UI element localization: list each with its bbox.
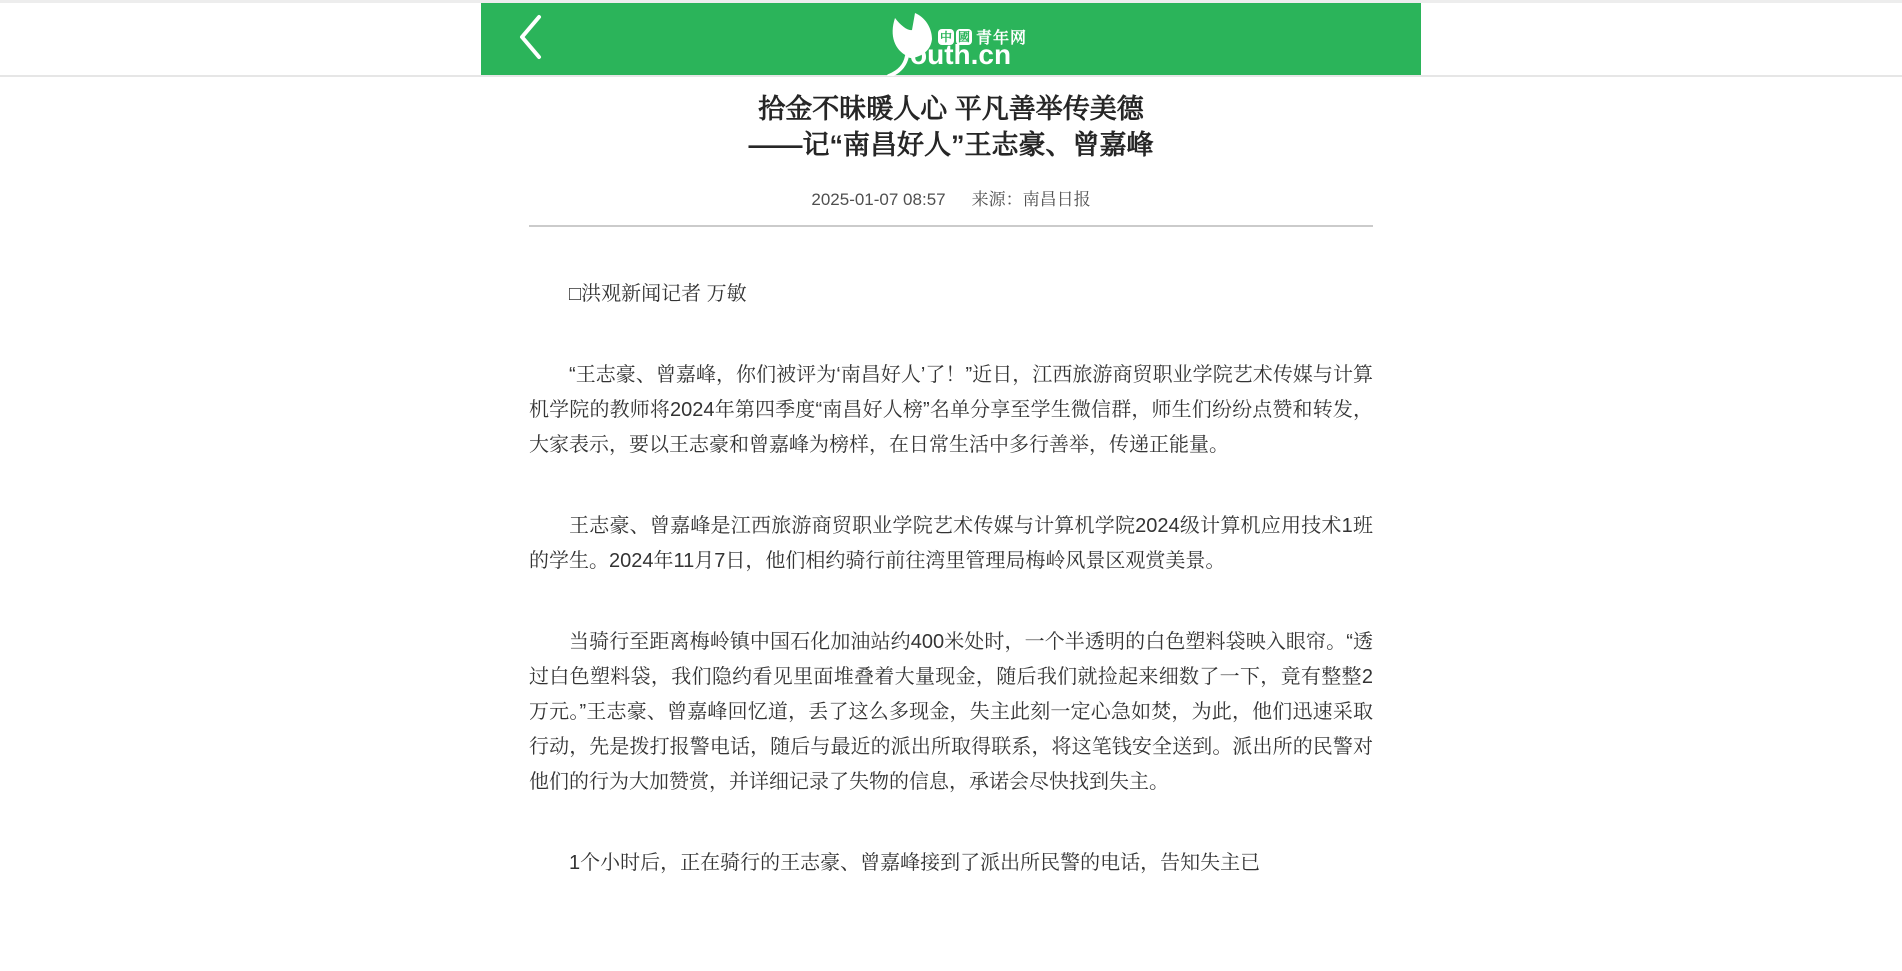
meta-divider (529, 225, 1373, 227)
app-header: 中 國 青年网 outh.cn (481, 3, 1421, 75)
article-title-line2: ——记“南昌好人”王志豪、曾嘉峰 (749, 130, 1154, 160)
article-source: 来源：南昌日报 (972, 191, 1091, 208)
header-strip: 中 國 青年网 outh.cn (0, 0, 1902, 77)
article-title-line1: 拾金不昧暖人心 平凡善举传美德 (758, 94, 1144, 124)
back-chevron-icon (517, 14, 543, 65)
article-title: 拾金不昧暖人心 平凡善举传美德 ——记“南昌好人”王志豪、曾嘉峰 (529, 91, 1373, 163)
article-paragraph: 王志豪、曾嘉峰是江西旅游商贸职业学院艺术传媒与计算机学院2024级计算机应用技术… (529, 509, 1373, 579)
article-byline: □洪观新闻记者 万敏 (529, 277, 1373, 312)
article-meta: 2025-01-07 08:57 来源：南昌日报 (529, 191, 1373, 208)
back-button[interactable] (507, 3, 553, 75)
article-paragraph: “王志豪、曾嘉峰，你们被评为‘南昌好人’了！”近日，江西旅游商贸职业学院艺术传媒… (529, 358, 1373, 463)
youthcn-logo[interactable]: 中 國 青年网 outh.cn (881, 10, 1021, 74)
logo-en-text: outh.cn (910, 41, 1011, 69)
article-paragraph: 1个小时后，正在骑行的王志豪、曾嘉峰接到了派出所民警的电话，告知失主已 (529, 846, 1373, 881)
article-paragraph: 当骑行至距离梅岭镇中国石化加油站约400米处时，一个半透明的白色塑料袋映入眼帘。… (529, 625, 1373, 800)
publish-datetime: 2025-01-07 08:57 (811, 191, 945, 208)
article-container: 拾金不昧暖人心 平凡善举传美德 ——记“南昌好人”王志豪、曾嘉峰 2025-01… (481, 91, 1421, 881)
